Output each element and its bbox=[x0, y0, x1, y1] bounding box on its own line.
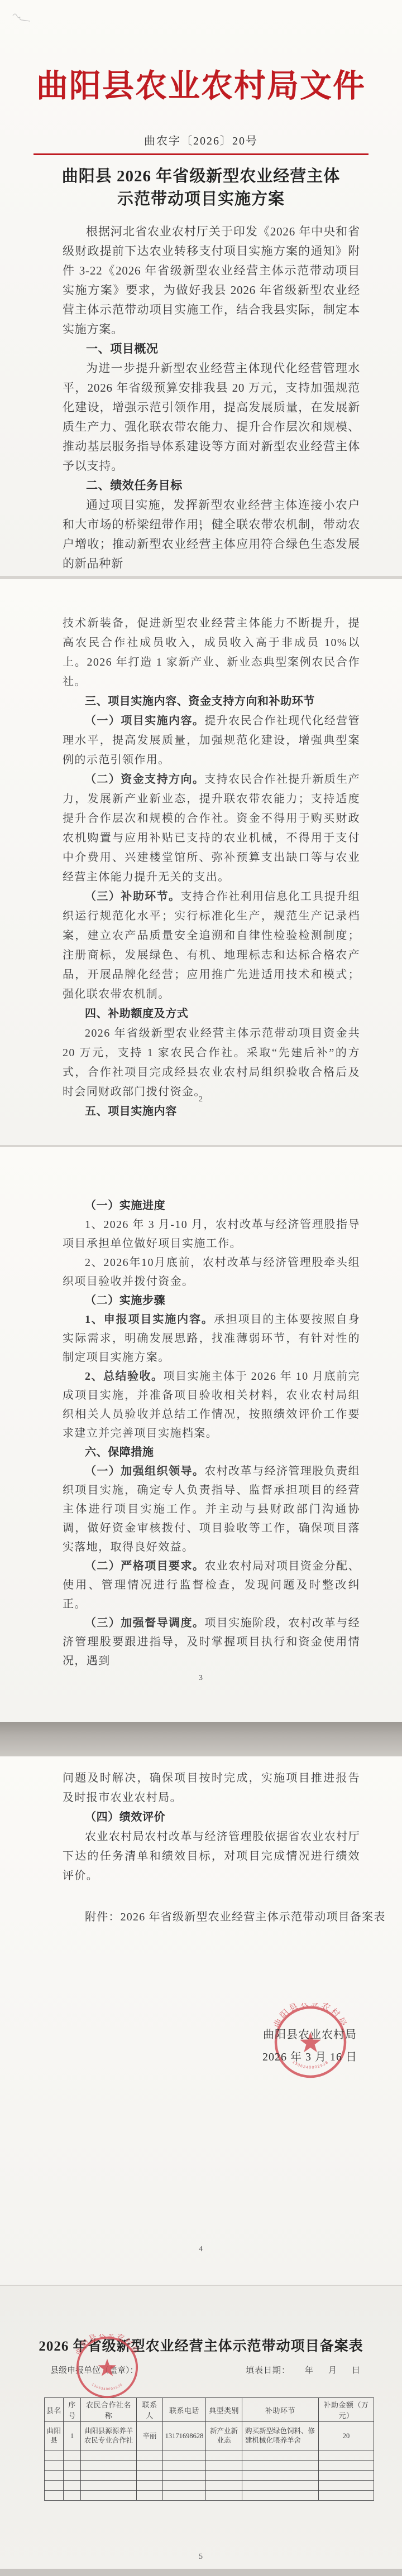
official-seal-stamp: 曲阳县农业农村局 1306340002938 bbox=[74, 2334, 141, 2401]
document-title-line2: 示范带动项目实施方案 bbox=[0, 188, 402, 211]
paragraph-lead: （二）资金支持方向。 bbox=[85, 773, 204, 786]
col-header-phone: 联系电话 bbox=[163, 2398, 206, 2422]
page4-body: 问题及时解决，确保项目按时完成，实施项目推进报告及时报市农业农村局。 （四）绩效… bbox=[63, 1769, 360, 1886]
body-paragraph: （二）严格项目要求。农业农村局对项目资金分配、使用、管理情况进行监督检查，发现问… bbox=[63, 1557, 360, 1614]
red-divider-rule bbox=[33, 153, 368, 155]
section-heading: 五、项目实施内容 bbox=[63, 1102, 360, 1121]
section-heading: （一）实施进度 bbox=[63, 1196, 360, 1215]
cell-index: 1 bbox=[64, 2422, 81, 2450]
section-heading: （二）实施步骤 bbox=[63, 1291, 360, 1310]
paragraph-text: 支持农民合作社提升新质生产力，发展新产业新业态，提升联农带农能力；支持适度提升合… bbox=[63, 773, 360, 883]
cell-coop-name: 曲阳县源源养羊农民专业合作社 bbox=[81, 2422, 137, 2450]
agency-header: 曲阳县农业农村局文件 bbox=[0, 60, 402, 106]
body-paragraph: 通过项目实施，发挥新型农业经营主体连接小农户和大市场的桥梁纽带作用，健全联农带农… bbox=[63, 495, 360, 574]
cell-phone: 13171698628 bbox=[163, 2422, 206, 2450]
body-paragraph: 技术新装备，促进新型农业经营主体能力不断提升，提高农民合作社成员收入，成员收入高… bbox=[63, 614, 360, 692]
col-header-amount: 补助金额（万元） bbox=[319, 2398, 374, 2422]
document-page-2: 技术新装备，促进新型农业经营主体能力不断提升，提高农民合作社成员收入，成员收入高… bbox=[0, 579, 402, 1145]
body-paragraph: 问题及时解决，确保项目按时完成，实施项目推进报告及时报市农业农村局。 bbox=[63, 1769, 360, 1808]
section-heading: 一、项目概况 bbox=[63, 339, 360, 359]
page-number-3: 3 bbox=[0, 1674, 402, 1683]
cell-category: 新产业新业态 bbox=[206, 2422, 242, 2450]
signoff-date: 2026 年 3 月 16 日 bbox=[252, 2048, 367, 2064]
table-empty-row bbox=[45, 2461, 374, 2471]
fill-date-month: 月 bbox=[328, 2364, 337, 2376]
section-heading: 四、补助额度及方式 bbox=[63, 1004, 360, 1024]
document-page-3: （一）实施进度 1、2026 年 3 月-10 月，农村改革与经济管理股指导项目… bbox=[0, 1147, 402, 1722]
paragraph-text: 支持合作社利用信息化工具提升组织运行规范化水平；实行标准化生产，规范生产记录档案… bbox=[63, 890, 360, 1000]
body-paragraph: 2、总结验收。项目实施主体于 2026 年 10 月底前完成项目实施，并准备项目… bbox=[63, 1367, 360, 1443]
page-number-4: 4 bbox=[0, 2245, 402, 2254]
svg-text:曲阳县农业农村局: 曲阳县农业农村局 bbox=[74, 2334, 141, 2356]
cell-county: 曲阳县 bbox=[45, 2422, 64, 2450]
paragraph-text: 农村改革与经济管理股负责组织项目实施，确定专人负责指导、监督承担项目的经营主体进… bbox=[63, 1465, 360, 1553]
registration-table: 县名 序号 农民合作社名称 联系人 联系电话 典型类别 补助环节 补助金额（万元… bbox=[44, 2397, 374, 2501]
page3-body: （一）实施进度 1、2026 年 3 月-10 月，农村改革与经济管理股指导项目… bbox=[63, 1196, 360, 1670]
section-heading: （四）绩效评价 bbox=[63, 1808, 360, 1827]
seal-arc-text: 曲阳县农业农村局 bbox=[74, 2334, 141, 2356]
cell-subsidy-link: 购买新型绿色饲料、修建机械化喂养羊舍 bbox=[242, 2422, 319, 2450]
document-page-4: 问题及时解决，确保项目按时完成，实施项目推进报告及时报市农业农村局。 （四）绩效… bbox=[0, 1756, 402, 2285]
paragraph-lead: （三）补助环节。 bbox=[85, 890, 181, 903]
paragraph-lead: （二）严格项目要求。 bbox=[85, 1560, 204, 1572]
page2-body: 技术新装备，促进新型农业经营主体能力不断提升，提高农民合作社成员收入，成员收入高… bbox=[63, 614, 360, 1121]
fill-date-day: 日 bbox=[352, 2364, 361, 2376]
body-paragraph: （三）加强督导调度。项目实施阶段，农村改革与经济管理股要跟进指导，及时掌握项目执… bbox=[63, 1614, 360, 1670]
paragraph-lead: 2、总结验收。 bbox=[85, 1370, 164, 1383]
fill-date-year: 年 bbox=[305, 2364, 314, 2376]
paragraph-lead: （一）加强组织领导。 bbox=[85, 1465, 204, 1477]
page-number-1: 1 bbox=[0, 519, 402, 528]
scan-band-bottom bbox=[0, 2569, 402, 2576]
pencil-scribble-mark bbox=[11, 12, 33, 25]
body-paragraph: （三）补助环节。支持合作社利用信息化工具提升组织运行规范化水平；实行标准化生产，… bbox=[63, 887, 360, 1004]
body-paragraph: 2026 年省级新型农业经营主体示范带动项目资金共 20 万元，支持 1 家农民… bbox=[63, 1024, 360, 1102]
paragraph-lead: 1、申报项目实施内容。 bbox=[85, 1313, 214, 1326]
seal-star-icon bbox=[98, 2359, 117, 2376]
col-header-coop-name: 农民合作社名称 bbox=[81, 2398, 137, 2422]
body-paragraph: （一）项目实施内容。提升农民合作社现代化经营管理水平，提高发展质量，加强规范化建… bbox=[63, 711, 360, 770]
table-empty-row bbox=[45, 2481, 374, 2491]
col-header-contact: 联系人 bbox=[137, 2398, 163, 2422]
document-title: 曲阳县 2026 年省级新型农业经营主体 示范带动项目实施方案 bbox=[0, 165, 402, 211]
fill-date-prefix: 填表日期： bbox=[246, 2366, 290, 2375]
page-number-5: 5 bbox=[0, 2553, 402, 2561]
scan-band bbox=[0, 1722, 402, 1756]
section-heading: 六、保障措施 bbox=[63, 1443, 360, 1462]
official-seal: 曲阳县农业农村局 1306340002938 bbox=[271, 2003, 350, 2081]
section-heading: 三、项目实施内容、资金支持方向和补助环节 bbox=[63, 692, 360, 711]
body-paragraph: 1、申报项目实施内容。承担项目的主体要按照自身实际需求，明确发展思路，找准薄弱环… bbox=[63, 1310, 360, 1367]
body-paragraph: 根据河北省农业农村厅关于印发《2026 年中央和省级财政提前下达农业转移支付项目… bbox=[63, 222, 360, 339]
attachment-table-title: 2026 年省级新型农业经营主体示范带动项目备案表 bbox=[0, 2335, 402, 2355]
attachment-reference: 附件：2026 年省级新型农业经营主体示范带动项目备案表 bbox=[85, 1906, 393, 1928]
paragraph-lead: （一）项目实施内容。 bbox=[85, 715, 204, 727]
page-number-2: 2 bbox=[0, 1095, 402, 1104]
cell-amount: 20 bbox=[319, 2422, 374, 2450]
table-empty-row bbox=[45, 2491, 374, 2501]
paragraph-lead: （三）加强督导调度。 bbox=[85, 1617, 204, 1629]
section-heading: 二、绩效任务目标 bbox=[63, 476, 360, 495]
body-paragraph: 1、2026 年 3 月-10 月，农村改革与经济管理股指导项目承担单位做好项目… bbox=[63, 1215, 360, 1253]
col-header-county: 县名 bbox=[45, 2398, 64, 2422]
cell-contact: 辛丽 bbox=[137, 2422, 163, 2450]
document-number: 曲农字〔2026〕20号 bbox=[0, 132, 402, 148]
col-header-index: 序号 bbox=[64, 2398, 81, 2422]
table-empty-row bbox=[45, 2471, 374, 2481]
table-empty-row bbox=[45, 2450, 374, 2461]
body-paragraph: （一）加强组织领导。农村改革与经济管理股负责组织项目实施，确定专人负责指导、监督… bbox=[63, 1462, 360, 1557]
signoff-organization: 曲阳县农业农村局 bbox=[252, 2025, 367, 2041]
body-paragraph: 2、2026年10月底前，农村改革与经济管理股牵头组织项目验收并拨付资金。 bbox=[63, 1253, 360, 1291]
svg-text:1306340002938: 1306340002938 bbox=[91, 2383, 124, 2391]
body-paragraph: （二）资金支持方向。支持农民合作社提升新质生产力，发展新产业新业态，提升联农带农… bbox=[63, 770, 360, 887]
document-page-1: 曲阳县农业农村局文件 曲农字〔2026〕20号 曲阳县 2026 年省级新型农业… bbox=[0, 0, 402, 576]
table-header-row: 县名 序号 农民合作社名称 联系人 联系电话 典型类别 补助环节 补助金额（万元… bbox=[45, 2398, 374, 2422]
document-title-line1: 曲阳县 2026 年省级新型农业经营主体 bbox=[0, 165, 402, 188]
seal-code: 1306340002938 bbox=[91, 2383, 124, 2391]
table-row: 曲阳县 1 曲阳县源源养羊农民专业合作社 辛丽 13171698628 新产业新… bbox=[45, 2422, 374, 2450]
body-paragraph: 农业农村局农村改革与经济管理股依据省农业农村厅下达的任务清单和绩效目标，对项目完… bbox=[63, 1827, 360, 1886]
col-header-category: 典型类别 bbox=[206, 2398, 242, 2422]
document-page-5: 2026 年省级新型农业经营主体示范带动项目备案表 县级申报单位（盖章）： 填表… bbox=[0, 2286, 402, 2576]
fill-date-label: 填表日期：年月日 bbox=[246, 2364, 361, 2376]
col-header-subsidy-link: 补助环节 bbox=[242, 2398, 319, 2422]
body-paragraph: 为进一步提升新型农业经营主体现代化经营管理水平，2026 年省级预算安排我县 2… bbox=[63, 359, 360, 476]
